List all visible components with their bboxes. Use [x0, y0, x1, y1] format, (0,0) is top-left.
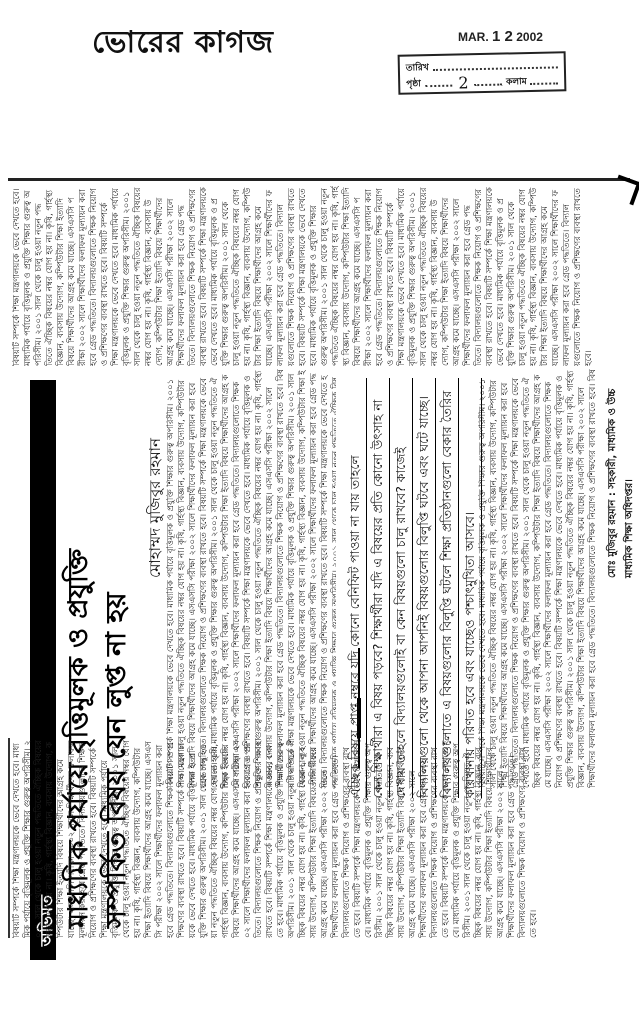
body-column-1: বিষয়টি সম্পর্কে শিক্ষা মন্ত্রণালয়কে ভে… — [166, 368, 336, 788]
filing-page-label: পৃষ্ঠা — [406, 76, 421, 91]
lower-body-text: বিষয়টি সম্পর্কে শিক্ষা মন্ত্রণালয়কে ভে… — [12, 738, 622, 938]
upper-body-text: বিষয়টি সম্পর্কে শিক্ষা মন্ত্রণালয়কে ভে… — [12, 186, 612, 366]
clipping-left-rule — [8, 738, 10, 938]
dotted-field — [433, 60, 558, 71]
dotted-field — [474, 78, 502, 87]
filing-date-label: তারিখ — [406, 60, 429, 75]
date-month: MAR. — [458, 30, 489, 44]
body-column-2: বিষয়টি সম্পর্কে শিক্ষা মন্ত্রণালয়কে ভে… — [478, 368, 598, 788]
pull-quote-line: ঐচ্ছিক বিষয়ে প্রাপ্ত নম্বরে যদি কোনো বে… — [344, 378, 367, 798]
date-stamp: MAR. 1 2 2002 — [458, 28, 543, 45]
clipping-top-rule — [8, 178, 630, 181]
pull-quote-line: বিদ্যালয়গুলো থেকে আপনা আপনিই বিষয়গুলোর… — [413, 378, 436, 798]
author-note: মোঃ মুজিবুর রহমান : সহকারী, মাধ্যমিক ও উ… — [605, 378, 639, 578]
pull-quote: ঐচ্ছিক বিষয়ে প্রাপ্ত নম্বরে যদি কোনো বে… — [344, 378, 482, 798]
date-year: 2002 — [516, 30, 543, 44]
date-day: 1 2 — [492, 28, 513, 45]
body-text: বিষয়টি সম্পর্কে শিক্ষা মন্ত্রণালয়কে ভে… — [12, 738, 540, 938]
newspaper-masthead: ভোরের কাগজ — [92, 18, 274, 69]
byline: মোহাম্মদ মুজিবুর রহমান — [142, 388, 167, 628]
filing-column-label: কলাম — [506, 74, 527, 89]
dotted-field — [425, 79, 453, 88]
pull-quote-line: দেখায় তাহলে বিদ্যালয়গুলোই বা কেন বিষয়… — [390, 378, 413, 798]
body-text: বিষয়টি সম্পর্কে শিক্ষা মন্ত্রণালয়কে ভে… — [166, 368, 336, 788]
pull-quote-line: কেন শিক্ষার্থীরা এ বিষয় পড়বে? শিক্ষার্… — [367, 378, 390, 798]
body-text: বিষয়টি সম্পর্কে শিক্ষা মন্ত্রণালয়কে ভে… — [12, 186, 595, 366]
newspaper-clipping: বিষয়টি সম্পর্কে শিক্ষা মন্ত্রণালয়কে ভে… — [8, 178, 630, 948]
filing-page-value: 2 — [458, 73, 469, 92]
body-text: বিষয়টি সম্পর্কে শিক্ষা মন্ত্রণালয়কে ভে… — [478, 368, 598, 788]
dotted-field — [531, 76, 559, 85]
pull-quote-line: বিদ্যালয়গুলোতে এ বিষয়গুলোর বিলুপ্তি ঘট… — [436, 378, 459, 798]
filing-stamp-box: তারিখ পৃষ্ঠা 2 কলাম — [398, 51, 567, 95]
